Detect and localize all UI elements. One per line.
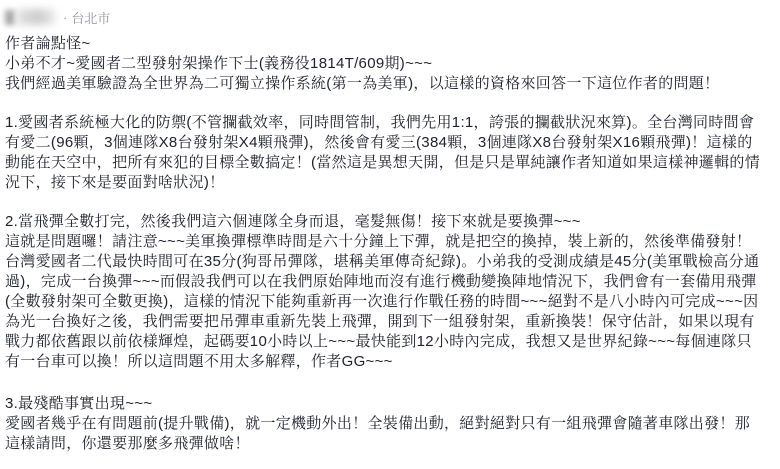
post-paragraph-credentials: 小弟不才~愛國者二型發射架操作下士(義務役1814T/609期)~~~ [5,54,760,74]
meta-separator: · [63,10,67,25]
redacted-author-name-blur [17,9,55,25]
post-paragraph-point2-detail: 這就是問題囉！請注意~~~美軍換彈標準時間是六十分鐘上下彈，就是把空的換掉，裝上… [5,232,760,372]
post-paragraph-point1: 1.愛國者系統極大化的防禦(不管攔截效率，同時間管制，我們先用1:1，誇張的攔截… [5,113,760,193]
post-paragraph-qualification: 我們經過美軍驗證為全世界為二可獨立操作系統(第一為美軍)，以這樣的資格來回答一下… [5,74,760,94]
post-body: 作者論點怪~ 小弟不才~愛國者二型發射架操作下士(義務役1814T/609期)~… [5,34,760,454]
post-meta-row: · 台北市 [5,5,760,29]
post-paragraph-point2-lead: 2.當飛彈全數打完，然後我們這六個連隊全身而退，毫髮無傷！接下來就是要換彈~~~ [5,212,760,232]
post-paragraph-intro: 作者論點怪~ [5,34,760,54]
post-paragraph-point3-lead: 3.最殘酷事實出現~~~ [5,394,760,414]
post-location-link[interactable]: 台北市 [71,8,110,27]
post-paragraph-point3-detail: 愛國者幾乎在有問題前(提升戰備)，就一定機動外出！全裝備出動，絕對絕對只有一組飛… [5,414,760,454]
post-page: · 台北市 作者論點怪~ 小弟不才~愛國者二型發射架操作下士(義務役1814T/… [0,0,780,454]
redacted-avatar-blur [5,10,15,25]
